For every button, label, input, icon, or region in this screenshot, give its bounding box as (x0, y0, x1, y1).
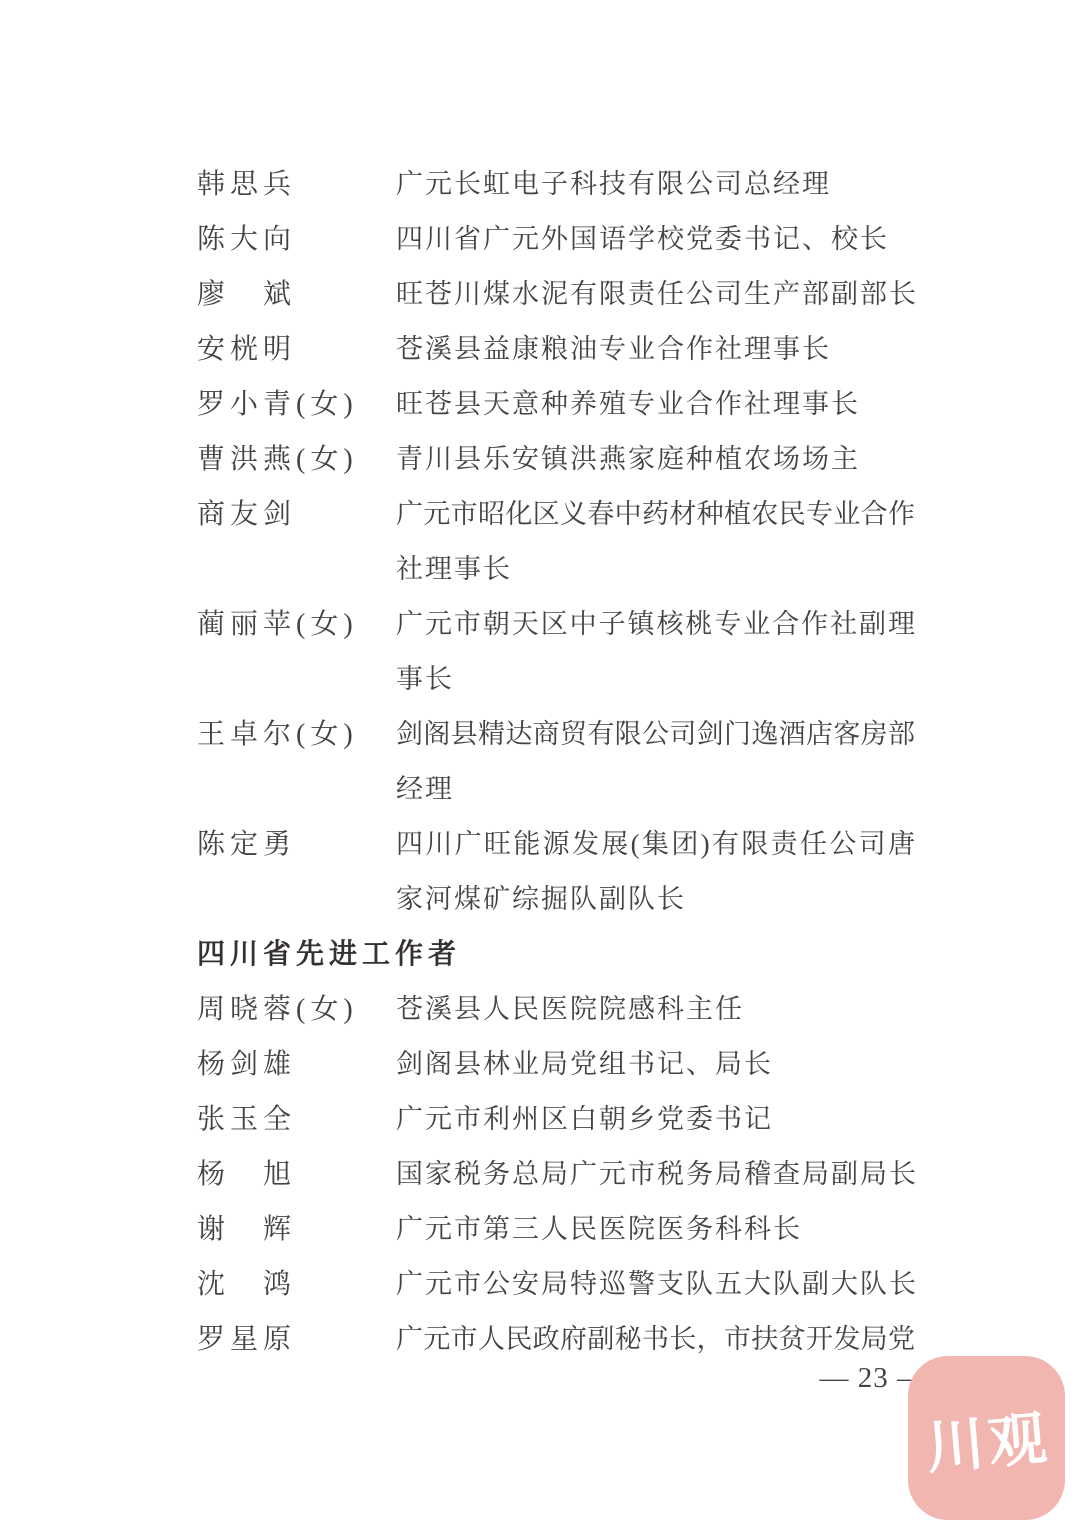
person-name: 安桄明 (197, 322, 396, 377)
job-title: 广元市第三人民医院医务科科长 (396, 1202, 915, 1257)
person-name: 杨剑雄 (197, 1037, 396, 1092)
entry-row: 杨剑雄 剑阁县林业局党组书记、局长 (197, 1037, 915, 1092)
person-name: 廖 斌 (197, 267, 396, 322)
job-title: 国家税务总局广元市税务局稽查局副局长 (396, 1147, 915, 1202)
job-title: 苍溪县益康粮油专业合作社理事长 (396, 322, 915, 377)
job-title: 旺苍川煤水泥有限责任公司生产部副部长 (396, 267, 915, 322)
person-name: 商友剑 (197, 487, 396, 542)
job-title: 苍溪县人民医院院感科主任 (396, 982, 915, 1037)
job-title: 青川县乐安镇洪燕家庭种植农场场主 (396, 432, 915, 487)
entry-row: 安桄明 苍溪县益康粮油专业合作社理事长 (197, 322, 915, 377)
entry-row: 杨 旭 国家税务总局广元市税务局稽查局副局长 (197, 1147, 915, 1202)
job-title-line: 广元市朝天区中子镇核桃专业合作社副理 (396, 597, 915, 652)
entry-row: 韩思兵 广元长虹电子科技有限公司总经理 (197, 157, 915, 212)
watermark-text: 川观 (919, 1391, 1054, 1486)
entry-row: 商友剑 广元市昭化区义春中药材种植农民专业合作 社理事长 (197, 487, 915, 597)
job-title-line: 苍溪县人民医院院感科主任 (396, 982, 915, 1037)
job-title-line: 广元长虹电子科技有限公司总经理 (396, 157, 915, 212)
job-title: 广元市公安局特巡警支队五大队副大队长 (396, 1257, 915, 1312)
person-name: 陈大向 (197, 212, 396, 267)
person-name: 谢 辉 (197, 1202, 396, 1257)
entry-row: 廖 斌 旺苍川煤水泥有限责任公司生产部副部长 (197, 267, 915, 322)
page-number: — 23 — (0, 1352, 927, 1404)
honor-roll-list: 韩思兵 广元长虹电子科技有限公司总经理 陈大向 四川省广元外国语学校党委书记、校… (197, 157, 915, 1367)
job-title: 广元长虹电子科技有限公司总经理 (396, 157, 915, 212)
job-title-line: 广元市利州区白朝乡党委书记 (396, 1092, 915, 1147)
job-title-line: 青川县乐安镇洪燕家庭种植农场场主 (396, 432, 915, 487)
section-heading: 四川省先进工作者 (197, 927, 461, 982)
person-name: 曹洪燕(女) (197, 432, 396, 487)
job-title: 旺苍县天意种养殖专业合作社理事长 (396, 377, 915, 432)
entry-row: 陈定勇 四川广旺能源发展(集团)有限责任公司唐 家河煤矿综掘队副队长 (197, 817, 915, 927)
job-title: 四川广旺能源发展(集团)有限责任公司唐 家河煤矿综掘队副队长 (396, 817, 915, 927)
job-title: 广元市利州区白朝乡党委书记 (396, 1092, 915, 1147)
job-title: 剑阁县林业局党组书记、局长 (396, 1037, 915, 1092)
entry-row: 谢 辉 广元市第三人民医院医务科科长 (197, 1202, 915, 1257)
entry-row: 张玉全 广元市利州区白朝乡党委书记 (197, 1092, 915, 1147)
person-name: 蔺丽苹(女) (197, 597, 396, 652)
job-title-line: 经理 (396, 762, 915, 817)
job-title-line: 苍溪县益康粮油专业合作社理事长 (396, 322, 915, 377)
job-title-line: 家河煤矿综掘队副队长 (396, 872, 915, 927)
job-title-line: 旺苍川煤水泥有限责任公司生产部副部长 (396, 267, 915, 322)
entry-row: 蔺丽苹(女) 广元市朝天区中子镇核桃专业合作社副理 事长 (197, 597, 915, 707)
job-title-line: 社理事长 (396, 542, 915, 597)
job-title-line: 广元市公安局特巡警支队五大队副大队长 (396, 1257, 915, 1312)
person-name: 周晓蓉(女) (197, 982, 396, 1037)
job-title-line: 国家税务总局广元市税务局稽查局副局长 (396, 1147, 915, 1202)
job-title-line: 四川省广元外国语学校党委书记、校长 (396, 212, 915, 267)
job-title: 四川省广元外国语学校党委书记、校长 (396, 212, 915, 267)
entry-row: 曹洪燕(女) 青川县乐安镇洪燕家庭种植农场场主 (197, 432, 915, 487)
person-name: 沈 鸿 (197, 1257, 396, 1312)
person-name: 罗小青(女) (197, 377, 396, 432)
person-name: 张玉全 (197, 1092, 396, 1147)
person-name: 杨 旭 (197, 1147, 396, 1202)
job-title-line: 事长 (396, 652, 915, 707)
job-title-line: 旺苍县天意种养殖专业合作社理事长 (396, 377, 915, 432)
entry-row: 罗小青(女) 旺苍县天意种养殖专业合作社理事长 (197, 377, 915, 432)
job-title-line: 广元市第三人民医院医务科科长 (396, 1202, 915, 1257)
job-title-line: 四川广旺能源发展(集团)有限责任公司唐 (396, 817, 915, 872)
person-name: 韩思兵 (197, 157, 396, 212)
job-title: 剑阁县精达商贸有限公司剑门逸酒店客房部 经理 (396, 707, 915, 817)
entry-row: 王卓尔(女) 剑阁县精达商贸有限公司剑门逸酒店客房部 经理 (197, 707, 915, 817)
section-heading-row: 四川省先进工作者 (197, 927, 915, 982)
person-name: 王卓尔(女) (197, 707, 396, 762)
entry-row: 陈大向 四川省广元外国语学校党委书记、校长 (197, 212, 915, 267)
job-title-line: 广元市昭化区义春中药材种植农民专业合作 (396, 487, 915, 542)
entry-row: 沈 鸿 广元市公安局特巡警支队五大队副大队长 (197, 1257, 915, 1312)
job-title: 广元市昭化区义春中药材种植农民专业合作 社理事长 (396, 487, 915, 597)
job-title-line: 剑阁县精达商贸有限公司剑门逸酒店客房部 (396, 707, 915, 762)
job-title: 广元市朝天区中子镇核桃专业合作社副理 事长 (396, 597, 915, 707)
person-name: 陈定勇 (197, 817, 396, 872)
job-title-line: 剑阁县林业局党组书记、局长 (396, 1037, 915, 1092)
entry-row: 周晓蓉(女) 苍溪县人民医院院感科主任 (197, 982, 915, 1037)
chuanguan-watermark-logo: 川观 (908, 1356, 1065, 1520)
